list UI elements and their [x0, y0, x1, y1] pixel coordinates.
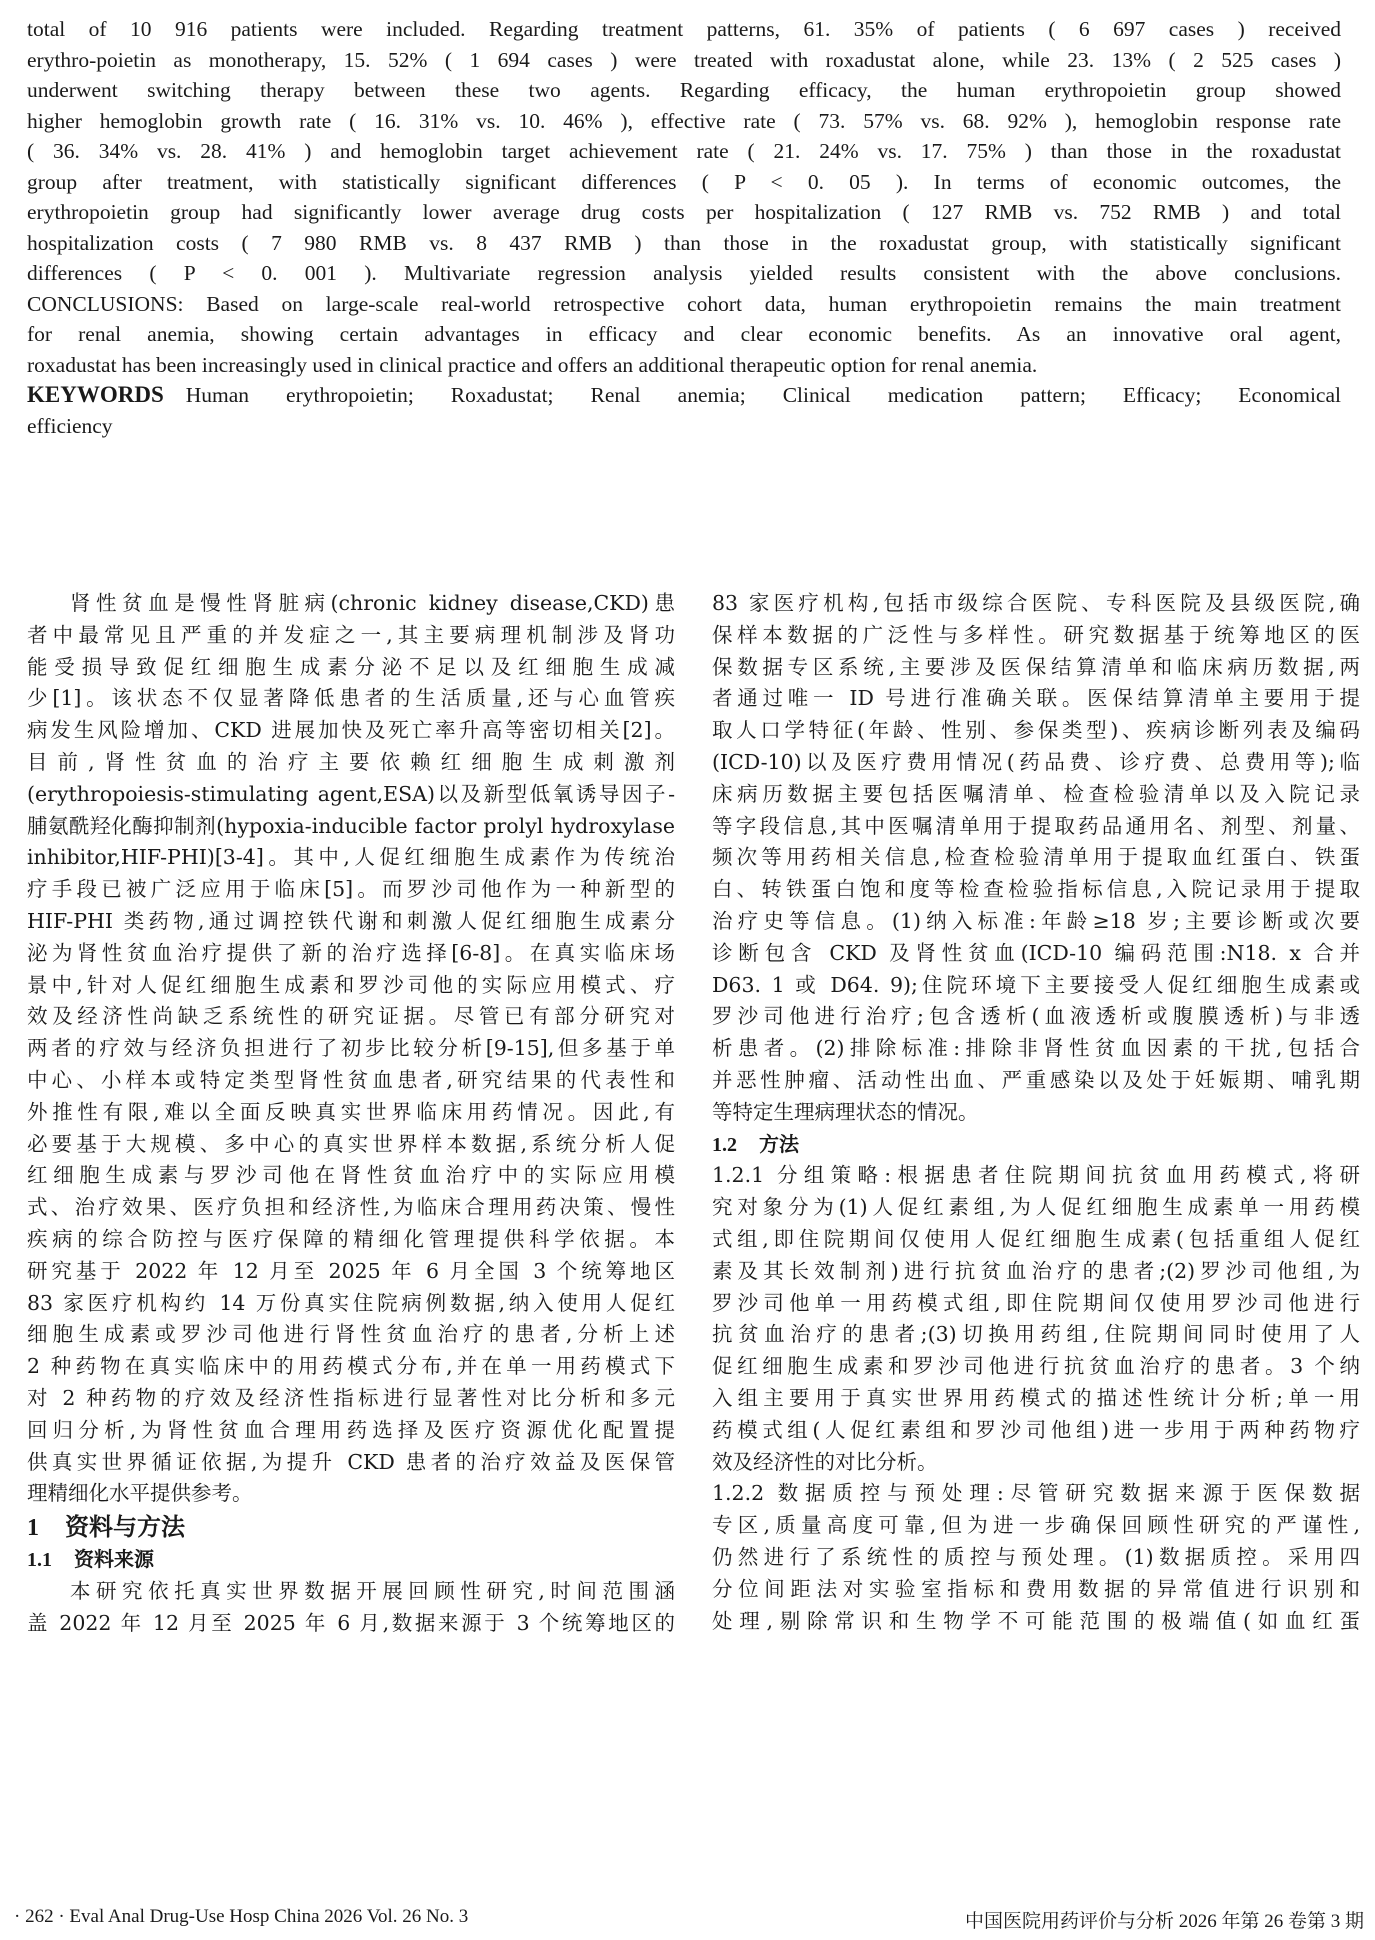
abstract-line: underwent switching therapy between thes… — [27, 75, 1341, 106]
body-line: 效及经济性尚缺乏系统性的研究证据。尽管已有部分研究对 — [27, 1001, 675, 1033]
body-line: 泌为肾性贫血治疗提供了新的治疗选择[6-8]。在真实临床场 — [27, 938, 675, 970]
abstract-line: ( 36. 34% vs. 28. 41% ) and hemoglobin t… — [27, 136, 1341, 167]
abstract-line: group after treatment, with statisticall… — [27, 167, 1341, 198]
body-line: 素及其长效制剂)进行抗贫血治疗的患者;(2)罗沙司他组,为 — [712, 1256, 1360, 1288]
keywords-text: Human erythropoietin; Roxadustat; Renal … — [186, 383, 1341, 407]
conclusions-line: CONCLUSIONS: Based on large-scale real-w… — [27, 289, 1341, 320]
body-line: 少[1]。该状态不仅显著降低患者的生活质量,还与心血管疾 — [27, 683, 675, 715]
section-heading-1-2: 1.2方法 — [712, 1129, 1360, 1161]
body-line: 分位间距法对实验室指标和费用数据的异常值进行识别和 — [712, 1574, 1360, 1606]
body-line: 中心、小样本或特定类型肾性贫血患者,研究结果的代表性和 — [27, 1065, 675, 1097]
section-heading-1-1: 1.1资料来源 — [27, 1544, 675, 1576]
body-line: 供真实世界循证依据,为提升 CKD 患者的治疗效益及医保管 — [27, 1447, 675, 1479]
body-line: 83 家医疗机构约 14 万份真实住院病例数据,纳入使用人促红 — [27, 1288, 675, 1320]
body-line: 等特定生理病理状态的情况。 — [712, 1097, 1360, 1129]
body-line: 保样本数据的广泛性与多样性。研究数据基于统筹地区的医 — [712, 620, 1360, 652]
body-line: 析患者。(2)排除标准:排除非肾性贫血因素的干扰,包括合 — [712, 1033, 1360, 1065]
body-line: 保数据专区系统,主要涉及医保结算清单和临床病历数据,两 — [712, 652, 1360, 684]
abstract-line: higher hemoglobin growth rate ( 16. 31% … — [27, 106, 1341, 137]
body-line: 疾病的综合防控与医疗保障的精细化管理提供科学依据。本 — [27, 1224, 675, 1256]
body-line: 者中最常见且严重的并发症之一,其主要病理机制涉及肾功 — [27, 620, 675, 652]
body-line: 本研究依托真实世界数据开展回顾性研究,时间范围涵 — [27, 1576, 675, 1608]
keywords-continuation: efficiency — [27, 411, 1341, 442]
body-line: inhibitor,HIF-PHI)[3-4]。其中,人促红细胞生成素作为传统治 — [27, 842, 675, 874]
body-line: 专区,质量高度可靠,但为进一步确保回顾性研究的严谨性, — [712, 1510, 1360, 1542]
body-line: 者通过唯一 ID 号进行准确关联。医保结算清单主要用于提 — [712, 683, 1360, 715]
body-line: 1.2.1 分组策略:根据患者住院期间抗贫血用药模式,将研 — [712, 1160, 1360, 1192]
body-line: 外推性有限,难以全面反映真实世界临床用药情况。因此,有 — [27, 1097, 675, 1129]
body-line: 病发生风险增加、CKD 进展加快及死亡率升高等密切相关[2]。 — [27, 715, 675, 747]
body-line: 式、治疗效果、医疗负担和经济性,为临床合理用药决策、慢性 — [27, 1192, 675, 1224]
abstract-line: hospitalization costs ( 7 980 RMB vs. 8 … — [27, 228, 1341, 259]
body-line: 入组主要用于真实世界用药模式的描述性统计分析;单一用 — [712, 1383, 1360, 1415]
body-line: 肾性贫血是慢性肾脏病(chronic kidney disease,CKD)患 — [27, 588, 675, 620]
body-line: 必要基于大规模、多中心的真实世界样本数据,系统分析人促 — [27, 1129, 675, 1161]
keywords-line: KEYWORDSHuman erythropoietin; Roxadustat… — [27, 380, 1341, 411]
body-line: 促红细胞生成素和罗沙司他进行抗贫血治疗的患者。3 个纳 — [712, 1351, 1360, 1383]
body-line: 目前,肾性贫血的治疗主要依赖红细胞生成刺激剂 — [27, 747, 675, 779]
page-footer: · 262 · Eval Anal Drug-Use Hosp China 20… — [14, 1906, 1364, 1933]
body-line: 疗手段已被广泛应用于临床[5]。而罗沙司他作为一种新型的 — [27, 874, 675, 906]
conclusions-line: roxadustat has been increasingly used in… — [27, 350, 1341, 381]
body-line: 治疗史等信息。(1)纳入标准:年龄≥18 岁;主要诊断或次要 — [712, 906, 1360, 938]
right-column: 83 家医疗机构,包括市级综合医院、专科医院及县级医院,确 保样本数据的广泛性与… — [712, 588, 1360, 1637]
body-line: 处理,剔除常识和生物学不可能范围的极端值(如血红蛋 — [712, 1606, 1360, 1638]
left-column: 肾性贫血是慢性肾脏病(chronic kidney disease,CKD)患 … — [27, 588, 675, 1640]
body-line: 诊断包含 CKD 及肾性贫血(ICD-10 编码范围:N18. x 合并 — [712, 938, 1360, 970]
footer-journal-en: · 262 · Eval Anal Drug-Use Hosp China 20… — [14, 1906, 468, 1933]
abstract-line: total of 10 916 patients were included. … — [27, 14, 1341, 45]
body-line: 研究基于 2022 年 12 月至 2025 年 6 月全国 3 个统筹地区 — [27, 1256, 675, 1288]
body-line: 白、转铁蛋白饱和度等检查检验指标信息,入院记录用于提取 — [712, 874, 1360, 906]
footer-journal-cn: 中国医院用药评价与分析 2026 年第 26 卷第 3 期 — [965, 1906, 1364, 1933]
english-abstract: total of 10 916 patients were included. … — [27, 14, 1341, 441]
body-line: 药模式组(人促红素组和罗沙司他组)进一步用于两种药物疗 — [712, 1415, 1360, 1447]
body-line: (ICD-10)以及医疗费用情况(药品费、诊疗费、总费用等);临 — [712, 747, 1360, 779]
body-line: 仍然进行了系统性的质控与预处理。(1)数据质控。采用四 — [712, 1542, 1360, 1574]
section-heading-1: 1资料与方法 — [27, 1510, 675, 1544]
body-line: 对 2 种药物的疗效及经济性指标进行显著性对比分析和多元 — [27, 1383, 675, 1415]
abstract-line: differences ( P < 0. 001 ). Multivariate… — [27, 258, 1341, 289]
body-line: 罗沙司他进行治疗;包含透析(血液透析或腹膜透析)与非透 — [712, 1001, 1360, 1033]
body-line: 抗贫血治疗的患者;(3)切换用药组,住院期间同时使用了人 — [712, 1319, 1360, 1351]
conclusions-line: for renal anemia, showing certain advant… — [27, 319, 1341, 350]
body-line: 细胞生成素或罗沙司他进行肾性贫血治疗的患者,分析上述 — [27, 1319, 675, 1351]
body-line: D63. 1 或 D64. 9);住院环境下主要接受人促红细胞生成素或 — [712, 970, 1360, 1002]
body-line: 1.2.2 数据质控与预处理:尽管研究数据来源于医保数据 — [712, 1478, 1360, 1510]
body-line: 盖 2022 年 12 月至 2025 年 6 月,数据来源于 3 个统筹地区的 — [27, 1608, 675, 1640]
body-line: 83 家医疗机构,包括市级综合医院、专科医院及县级医院,确 — [712, 588, 1360, 620]
body-line: 频次等用药相关信息,检查检验清单用于提取血红蛋白、铁蛋 — [712, 842, 1360, 874]
body-line: 2 种药物在真实临床中的用药模式分布,并在单一用药模式下 — [27, 1351, 675, 1383]
body-line: 理精细化水平提供参考。 — [27, 1478, 675, 1510]
body-line: 回归分析,为肾性贫血合理用药选择及医疗资源优化配置提 — [27, 1415, 675, 1447]
abstract-line: erythropoietin group had significantly l… — [27, 197, 1341, 228]
body-line: 究对象分为(1)人促红素组,为人促红细胞生成素单一用药模 — [712, 1192, 1360, 1224]
body-line: 景中,针对人促红细胞生成素和罗沙司他的实际应用模式、疗 — [27, 970, 675, 1002]
abstract-line: erythro-poietin as monotherapy, 15. 52% … — [27, 45, 1341, 76]
body-line: 式组,即住院期间仅使用人促红细胞生成素(包括重组人促红 — [712, 1224, 1360, 1256]
body-line: 红细胞生成素与罗沙司他在肾性贫血治疗中的实际应用模 — [27, 1160, 675, 1192]
body-line: 两者的疗效与经济负担进行了初步比较分析[9-15],但多基于单 — [27, 1033, 675, 1065]
body-line: HIF-PHI 类药物,通过调控铁代谢和刺激人促红细胞生成素分 — [27, 906, 675, 938]
body-line: 罗沙司他单一用药模式组,即住院期间仅使用罗沙司他进行 — [712, 1288, 1360, 1320]
body-line: 取人口学特征(年龄、性别、参保类型)、疾病诊断列表及编码 — [712, 715, 1360, 747]
body-line: (erythropoiesis-stimulating agent,ESA)以及… — [27, 779, 675, 811]
body-line: 效及经济性的对比分析。 — [712, 1447, 1360, 1479]
body-line: 床病历数据主要包括医嘱清单、检查检验清单以及入院记录 — [712, 779, 1360, 811]
body-line: 能受损导致促红细胞生成素分泌不足以及红细胞生成减 — [27, 652, 675, 684]
body-line: 等字段信息,其中医嘱清单用于提取药品通用名、剂型、剂量、 — [712, 811, 1360, 843]
body-line: 脯氨酰羟化酶抑制剂(hypoxia-inducible factor proly… — [27, 811, 675, 843]
keywords-label: KEYWORDS — [27, 382, 164, 407]
body-line: 并恶性肿瘤、活动性出血、严重感染以及处于妊娠期、哺乳期 — [712, 1065, 1360, 1097]
